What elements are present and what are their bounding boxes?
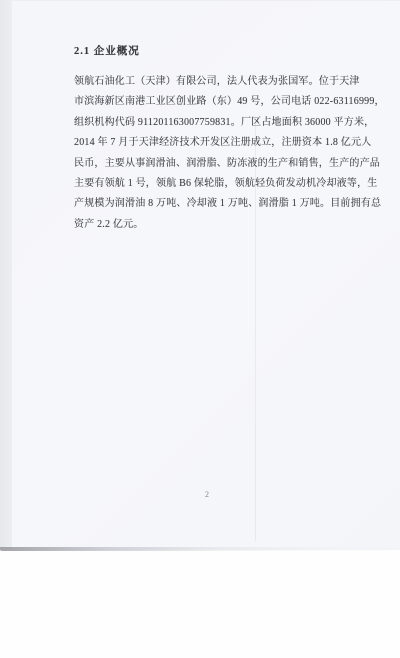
paragraph-line: 2014 年 7 月于天津经济技术开发区注册成立，注册资本 1.8 亿元人 [74,133,356,153]
section-heading: 2.1 企业概况 [74,45,356,59]
scanner-background-strip [0,0,12,549]
page-number: 2 [205,490,210,499]
paragraph-line: 组织机构代码 911201163007759831。厂区占地面积 36000 平… [74,113,356,133]
scanner-background-bottom [0,551,400,658]
paragraph-line: 产规模为润滑油 8 万吨、冷却液 1 万吨、润滑脂 1 万吨。目前拥有总 [74,194,356,214]
paragraph-line: 市滨海新区南港工业区创业路（东）49 号，公司电话 022-63116999， [74,92,356,112]
paragraph-line: 领航石油化工（天津）有限公司，法人代表为张国军。位于天津 [74,72,356,92]
document-page: 2.1 企业概况 领航石油化工（天津）有限公司，法人代表为张国军。位于天津 市滨… [12,0,400,550]
paragraph-line: 主要有领航 1 号，领航 B6 保轮脂，领航轻负荷发动机冷却液等，生 [74,174,356,194]
paragraph-line: 资产 2.2 亿元。 [74,215,356,235]
scanned-document-view: 2.1 企业概况 领航石油化工（天津）有限公司，法人代表为张国军。位于天津 市滨… [0,0,400,658]
document-body: 2.1 企业概况 领航石油化工（天津）有限公司，法人代表为张国军。位于天津 市滨… [74,45,356,235]
paragraph-line: 民币，主要从事润滑油、润滑脂、防冻液的生产和销售，生产的产品 [74,154,356,174]
